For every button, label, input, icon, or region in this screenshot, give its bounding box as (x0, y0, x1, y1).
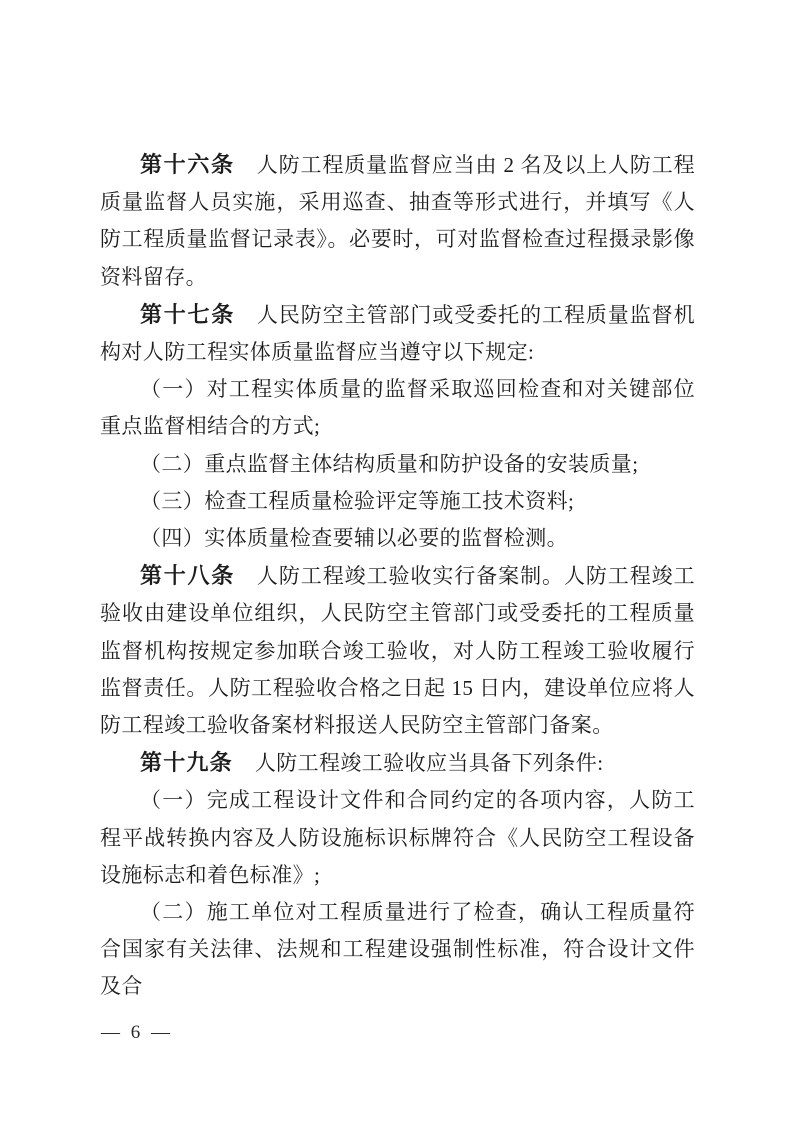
page-number: — 6 — (101, 1021, 173, 1045)
article-number: 第十九条 (140, 750, 233, 775)
article-paragraph: 第十八条人防工程竣工验收实行备案制。人防工程竣工验收由建设单位组织，人民防空主管… (100, 557, 695, 744)
item-paragraph: （四）实体质量检查要辅以必要的监督检测。 (100, 520, 695, 557)
article-number: 第十七条 (140, 302, 235, 327)
article-paragraph: 第十九条人防工程竣工验收应当具备下列条件: (100, 744, 695, 782)
item-paragraph: （二）重点监督主体结构质量和防护设备的安装质量; (100, 446, 695, 483)
item-paragraph: （一）完成工程设计文件和合同约定的各项内容，人防工程平战转换内容及人防设施标识标… (100, 782, 695, 894)
article-number: 第十六条 (140, 152, 235, 177)
article-number: 第十八条 (140, 563, 235, 588)
article-paragraph: 第十七条人民防空主管部门或受委托的工程质量监督机构对人防工程实体质量监督应当遵守… (100, 296, 695, 371)
item-paragraph: （二）施工单位对工程质量进行了检查，确认工程质量符合国家有关法律、法规和工程建设… (100, 894, 695, 1006)
article-paragraph: 第十六条人防工程质量监督应当由 2 名及以上人防工程质量监督人员实施，采用巡查、… (100, 146, 695, 296)
item-paragraph: （一）对工程实体质量的监督采取巡回检查和对关键部位重点监督相结合的方式; (100, 371, 695, 445)
document-page: 第十六条人防工程质量监督应当由 2 名及以上人防工程质量监督人员实施，采用巡查、… (0, 0, 793, 1122)
document-body: 第十六条人防工程质量监督应当由 2 名及以上人防工程质量监督人员实施，采用巡查、… (100, 146, 695, 1006)
item-paragraph: （三）检查工程质量检验评定等施工技术资料; (100, 483, 695, 520)
